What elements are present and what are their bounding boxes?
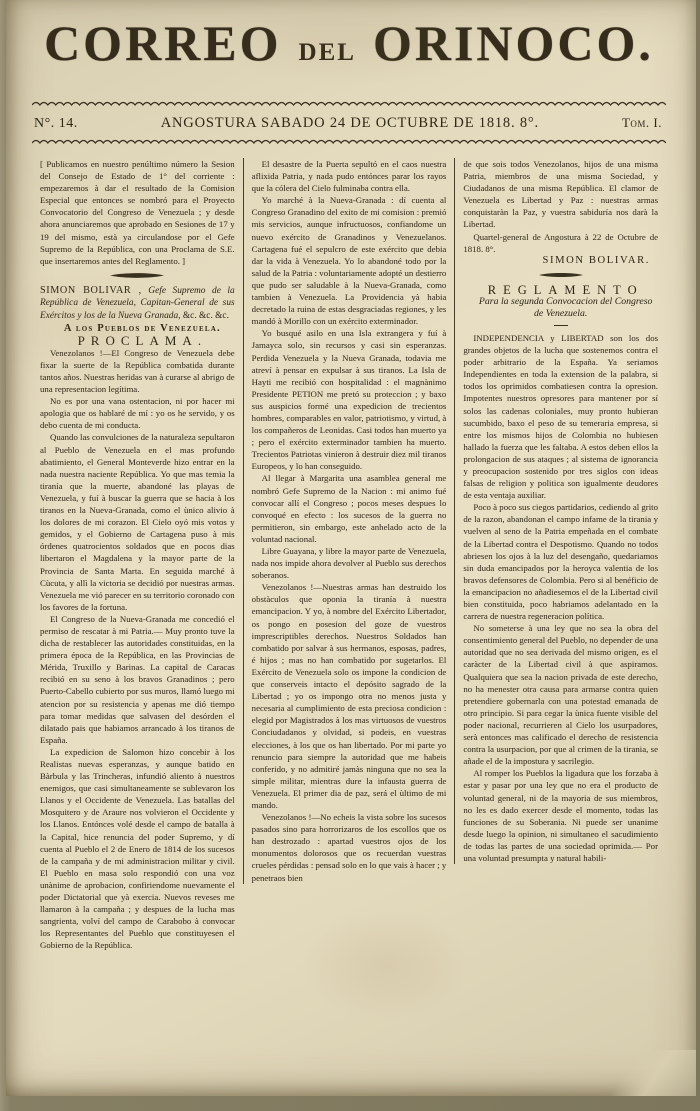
- paragraph: Yo marché à la Nueva-Granada : dí cuenta…: [252, 194, 447, 327]
- issue-number: N°. 14.: [34, 116, 78, 132]
- paragraph: El Congreso de la Nueva-Granada me conce…: [40, 613, 235, 746]
- paragraph: El desastre de la Puerta sepultó en el c…: [252, 158, 447, 194]
- paragraph: de que sois todos Venezolanos, hijos de …: [463, 158, 658, 231]
- paragraph: Venezolanos !—Nuestras armas han destrui…: [252, 581, 447, 811]
- paper-sheet: CORREO DEL ORINOCO. N°. 14. ANGOSTURA SA…: [6, 0, 696, 1096]
- column-2-body: El desastre de la Puerta sepultó en el c…: [252, 158, 447, 884]
- paragraph: La expedicion de Salomon hizo concebir à…: [40, 746, 235, 952]
- paragraph: No someterse à una ley que no sea la obr…: [463, 622, 658, 767]
- editorial-note: [ Publicamos en nuestro penúltimo número…: [40, 158, 235, 267]
- paragraph: Venezolanos !—No echeis la vista sobre l…: [252, 811, 447, 884]
- byline: SIMON BOLIVAR , Gefe Supremo de la Repúb…: [40, 285, 235, 323]
- wavy-rule-bottom: [32, 138, 666, 146]
- lens-divider-icon: [539, 272, 583, 278]
- paragraph: Quartel-general de Angostura à 22 de Oct…: [463, 231, 658, 255]
- paragraph: Al romper los Pueblos la ligadura que lo…: [463, 767, 658, 864]
- paragraph: No es por una vana ostentacion, ni por h…: [40, 395, 235, 431]
- dateline-row: N°. 14. ANGOSTURA SABADO 24 DE OCTUBRE D…: [32, 108, 666, 138]
- dateline: ANGOSTURA SABADO 24 DE OCTUBRE DE 1818. …: [161, 115, 539, 132]
- column-3-body: INDEPENDENCIA y LIBERTAD son los dos gra…: [463, 332, 658, 864]
- paragraph: Al llegar à Margarita una asamblea gener…: [252, 472, 447, 545]
- newspaper-title: CORREO DEL ORINOCO.: [32, 14, 666, 100]
- column-2: El desastre de la Puerta sepultó en el c…: [243, 158, 455, 884]
- article-columns: [ Publicamos en nuestro penúltimo número…: [6, 146, 696, 952]
- scanned-newspaper-page: CORREO DEL ORINOCO. N°. 14. ANGOSTURA SA…: [0, 0, 700, 1111]
- paragraph: Poco à poco sus ciegos partidarios, cedi…: [463, 501, 658, 622]
- masthead: CORREO DEL ORINOCO. N°. 14. ANGOSTURA SA…: [6, 0, 696, 146]
- paragraph: Venezolanos !—El Congreso de Venezuela d…: [40, 347, 235, 395]
- title-word-del: DEL: [299, 39, 356, 67]
- page-corner-curl: [586, 1050, 696, 1096]
- dash-divider: [554, 325, 568, 326]
- column-3-top: de que sois todos Venezolanos, hijos de …: [463, 158, 658, 255]
- paragraph: Yo busqué asilo en una Isla extrangera y…: [252, 327, 447, 472]
- paragraph: Quando las convulciones de la naturaleza…: [40, 431, 235, 612]
- column-3: de que sois todos Venezolanos, hijos de …: [454, 158, 666, 864]
- paragraph: Libre Guayana, y libre la mayor parte de…: [252, 545, 447, 581]
- byline-name: SIMON BOLIVAR ,: [40, 285, 142, 296]
- signature: SIMON BOLIVAR.: [463, 255, 658, 267]
- title-word-orinoco: ORINOCO.: [373, 14, 654, 72]
- reglamento-subtitle: Para la segunda Convocacion del Congreso…: [463, 296, 658, 320]
- wavy-rule-top: [32, 100, 666, 108]
- column-1: [ Publicamos en nuestro penúltimo número…: [32, 158, 243, 952]
- title-word-correo: CORREO: [44, 14, 281, 72]
- paragraph: INDEPENDENCIA y LIBERTAD son los dos gra…: [463, 332, 658, 501]
- lens-divider-icon: [110, 272, 164, 279]
- byline-etc: &c. &c. &c.: [183, 311, 229, 321]
- reglamento-heading: REGLAMENTO: [463, 284, 658, 296]
- proclama-heading: PROCLAMA.: [40, 335, 235, 347]
- column-1-body: Venezolanos !—El Congreso de Venezuela d…: [40, 347, 235, 952]
- tome-label: Tom. I.: [622, 115, 662, 131]
